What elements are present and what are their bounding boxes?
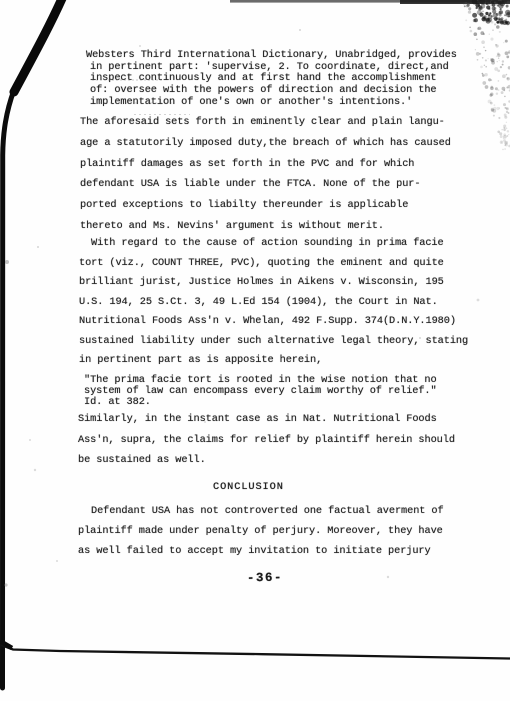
text-line: tort (viz., COUNT THREE, PVC), quoting t… — [79, 254, 468, 274]
text-line: Ass'n, supra, the claims for relief by p… — [78, 430, 455, 451]
text-line: age a statutorily imposed duty,the breac… — [80, 133, 451, 154]
page-number: -36- — [247, 571, 283, 586]
text-line: Nutritional Foods Ass'n v. Whelan, 492 F… — [79, 312, 468, 332]
websters-definition-quote: Websters Third International Dictionary,… — [86, 50, 457, 108]
document-text: Websters Third International Dictionary,… — [0, 0, 510, 701]
text-line: Similarly, in the instant case as in Nat… — [78, 409, 455, 430]
text-line: plaintiff made under penalty of perjury.… — [78, 521, 444, 541]
text-line: implementation of one's own or another's… — [86, 97, 457, 109]
text-line: in pertinent part as is apposite herein, — [79, 351, 468, 371]
text-line: brilliant jurist, Justice Holmes in Aike… — [79, 273, 468, 293]
prima-facie-tort-quote: "The prima facie tort is rooted in the w… — [84, 375, 437, 407]
text-line: of: oversee with the powers of direction… — [86, 85, 457, 97]
text-line: sustained liability under such alternati… — [79, 332, 468, 352]
similarly-paragraph: Similarly, in the instant case as in Nat… — [78, 409, 455, 471]
text-line: The aforesaid sets forth in eminently cl… — [80, 112, 451, 133]
text-line: be sustained as well. — [78, 450, 455, 471]
text-line: as well failed to accept my invitation t… — [78, 541, 444, 561]
text-line: U.S. 194, 25 S.Ct. 3, 49 L.Ed 154 (1904)… — [79, 293, 468, 313]
text-line: plaintiff damages as set forth in the PV… — [80, 154, 451, 175]
text-line: defendant USA is liable under the FTCA. … — [80, 174, 451, 195]
scanned-page: Websters Third International Dictionary,… — [0, 0, 510, 701]
text-line: CONCLUSION — [213, 481, 284, 494]
aforesaid-paragraph: The aforesaid sets forth in eminently cl… — [80, 112, 451, 237]
text-line: Id. at 382. — [84, 397, 437, 408]
conclusion-heading: CONCLUSION — [213, 481, 284, 494]
text-line: system of law can encompass every claim … — [84, 386, 437, 397]
text-line: ported exceptions to liabilty thereunder… — [80, 195, 451, 216]
text-line: With regard to the cause of action sound… — [79, 234, 468, 254]
text-line: Websters Third International Dictionary,… — [86, 50, 457, 62]
defendant-usa-paragraph: Defendant USA has not controverted one f… — [78, 501, 444, 561]
prima-facie-tort-paragraph: With regard to the cause of action sound… — [79, 234, 468, 371]
text-line: Defendant USA has not controverted one f… — [78, 501, 444, 521]
